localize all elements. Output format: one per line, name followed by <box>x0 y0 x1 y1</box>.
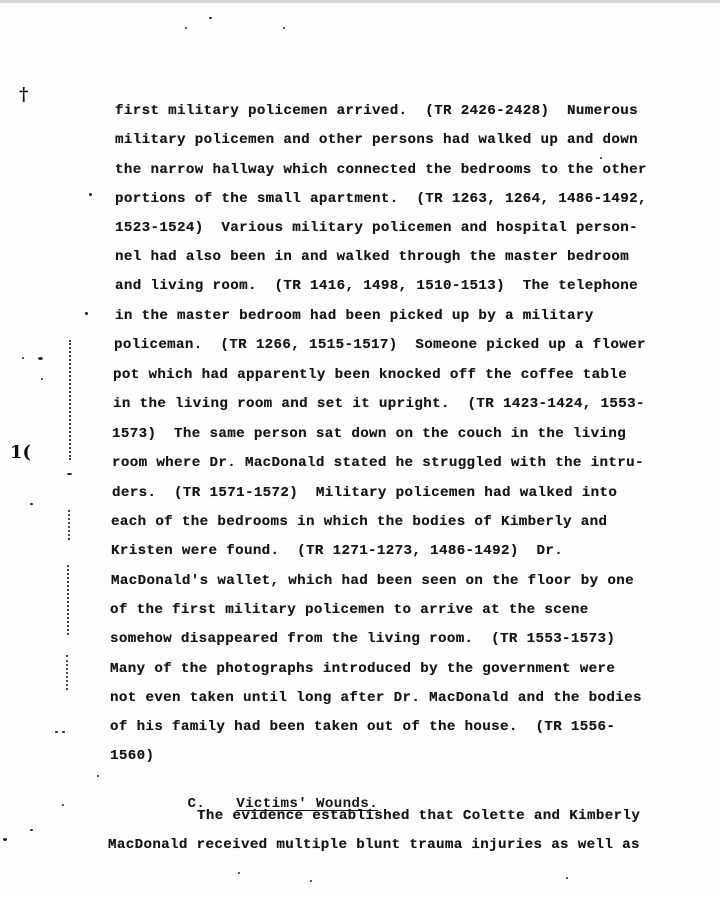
scan-artifact-dots <box>68 510 72 540</box>
text-line: military policemen and other persons had… <box>115 131 638 149</box>
text-line: room where Dr. MacDonald stated he strug… <box>112 454 644 472</box>
text-line: and living room. (TR 1416, 1498, 1510-15… <box>115 277 638 295</box>
scan-speck <box>185 27 187 29</box>
scan-speck <box>67 473 72 475</box>
text-line: in the master bedroom had been picked up… <box>115 307 594 325</box>
text-line: 1573) The same person sat down on the co… <box>112 425 626 443</box>
text-line: Kristen were found. (TR 1271-1273, 1486-… <box>111 542 563 560</box>
scan-speck <box>22 357 24 359</box>
scan-top-edge <box>0 0 720 3</box>
text-line: nel had also been in and walked through … <box>115 248 629 266</box>
text-line: first military policemen arrived. (TR 24… <box>115 102 638 120</box>
text-line: policeman. (TR 1266, 1515-1517) Someone … <box>114 336 646 354</box>
text-line: pot which had apparently been knocked of… <box>113 366 627 384</box>
scan-artifact-dots <box>69 340 73 460</box>
text-line: the narrow hallway which connected the b… <box>115 161 647 179</box>
scan-speck <box>38 357 43 360</box>
scan-speck <box>209 17 212 19</box>
scan-speck <box>30 829 33 831</box>
scan-speck <box>600 157 602 159</box>
scan-speck <box>30 503 33 505</box>
margin-mark-icon: 1( <box>10 444 31 462</box>
text-line: not even taken until long after Dr. MacD… <box>110 689 642 707</box>
scan-artifact-dots <box>66 655 70 690</box>
text-line: 1523-1524) Various military policemen an… <box>115 219 638 237</box>
text-line: of the first military policemen to arriv… <box>110 601 589 619</box>
scan-speck <box>55 731 58 733</box>
text-line: portions of the small apartment. (TR 126… <box>115 190 647 208</box>
scan-speck <box>85 312 88 315</box>
text-line: of his family had been taken out of the … <box>110 718 615 736</box>
scan-speck <box>62 731 65 733</box>
scan-speck <box>41 378 43 380</box>
text-line: 1560) <box>110 747 154 765</box>
scan-speck <box>566 877 568 879</box>
text-line: in the living room and set it upright. (… <box>113 395 645 413</box>
text-line: MacDonald's wallet, which had been seen … <box>111 572 634 590</box>
scan-speck <box>238 872 240 874</box>
text-line: Many of the photographs introduced by th… <box>110 660 615 678</box>
text-line: somehow disappeared from the living room… <box>110 630 615 648</box>
scan-speck <box>89 193 92 196</box>
scan-speck <box>97 775 99 777</box>
text-line: The evidence established that Colette an… <box>197 807 640 825</box>
scan-speck <box>310 880 312 882</box>
margin-mark-icon: † <box>19 86 28 104</box>
scan-speck <box>283 27 285 29</box>
text-line: ders. (TR 1571-1572) Military policemen … <box>112 484 617 502</box>
text-line: each of the bedrooms in which the bodies… <box>111 513 607 531</box>
scan-speck <box>3 838 7 841</box>
text-line: MacDonald received multiple blunt trauma… <box>108 836 640 854</box>
scan-speck <box>62 804 64 806</box>
scan-artifact-dots <box>67 565 71 635</box>
